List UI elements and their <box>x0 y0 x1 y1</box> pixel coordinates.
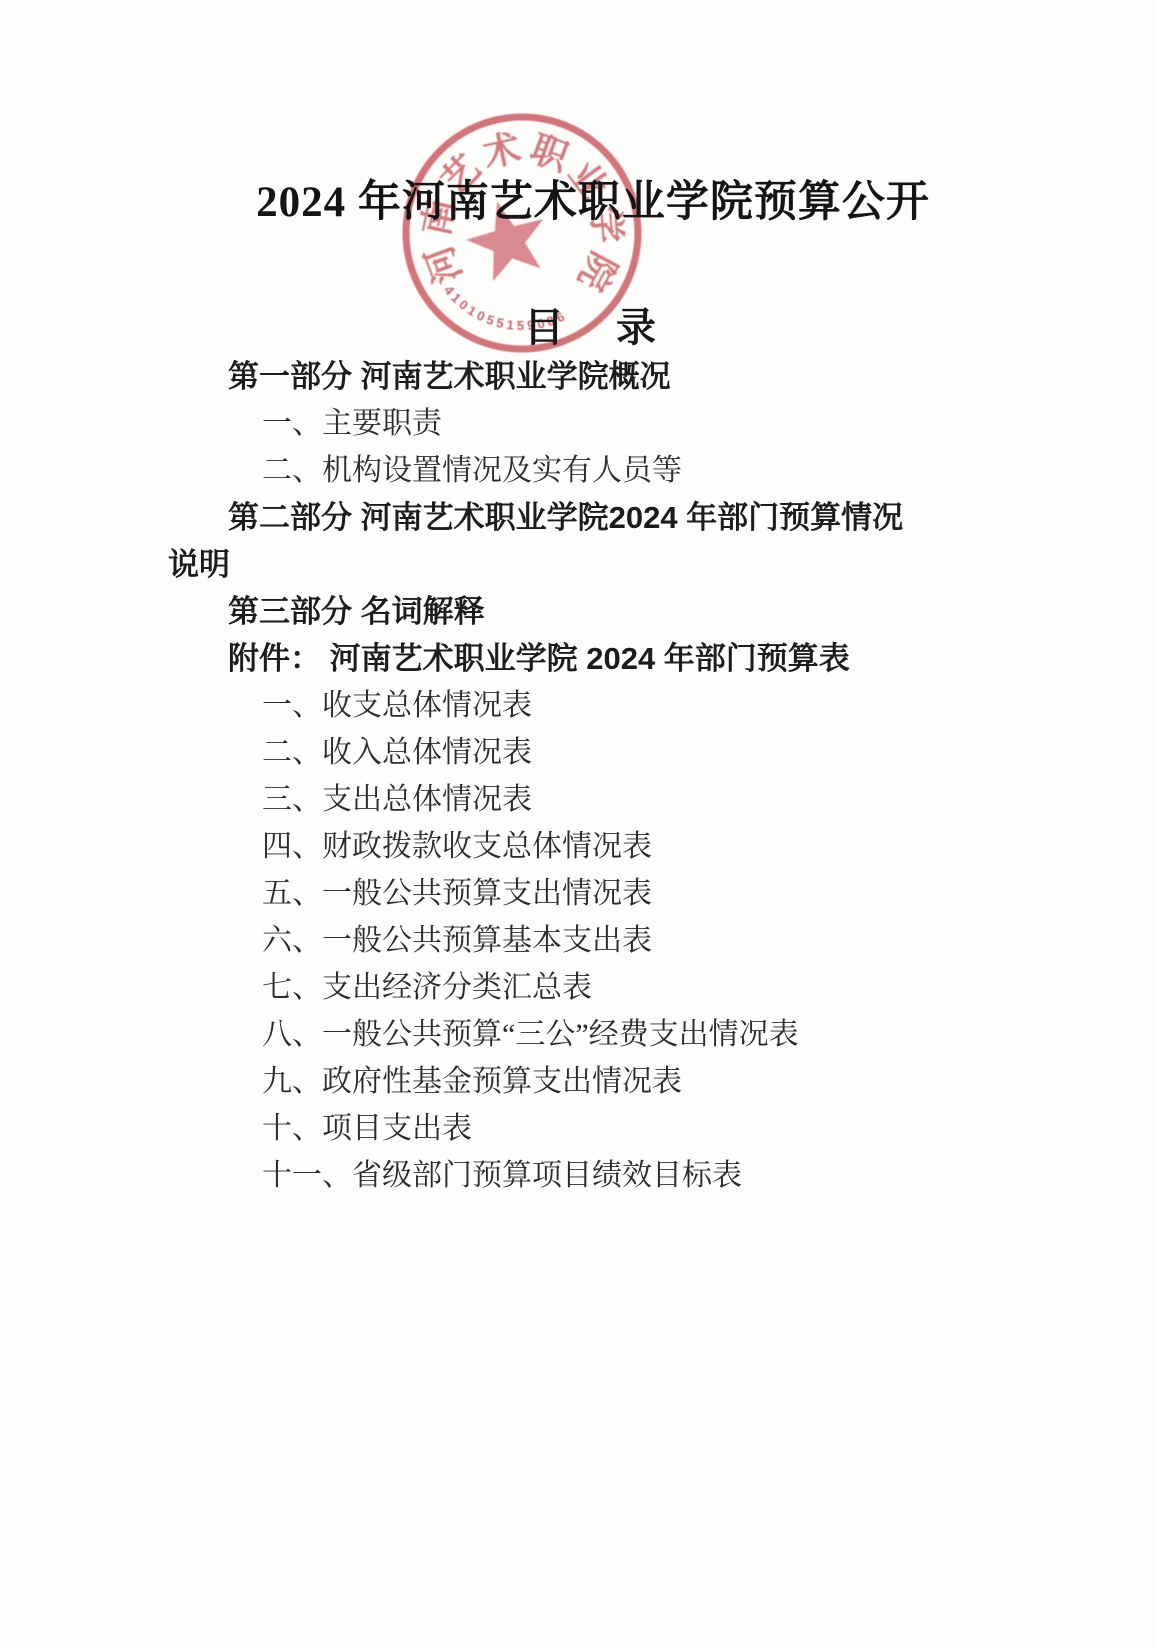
toc-entry-table2: 二、收入总体情况表 <box>168 729 1048 776</box>
document-page: 河南艺术职业学院 4101055159086 2024 年河南艺术职业学院预算公… <box>0 0 1156 1648</box>
toc-entry-table1: 一、收支总体情况表 <box>168 682 1048 729</box>
toc-entry-main-duties: 一、主要职责 <box>168 400 1048 447</box>
toc-entry-part2: 第二部分 河南艺术职业学院2024 年部门预算情况 <box>168 494 1048 541</box>
toc-entry-table8: 八、一般公共预算“三公”经费支出情况表 <box>168 1011 1048 1058</box>
toc-entry-table11: 十一、省级部门预算项目绩效目标表 <box>168 1152 1048 1199</box>
toc-heading: 目 录 <box>15 296 1156 353</box>
page-title: 2024 年河南艺术职业学院预算公开 <box>15 168 1156 229</box>
table-of-contents: 第一部分 河南艺术职业学院概况 一、主要职责 二、机构设置情况及实有人员等 第二… <box>168 353 1048 1199</box>
toc-entry-table10: 十、项目支出表 <box>168 1105 1048 1152</box>
toc-entry-table3: 三、支出总体情况表 <box>168 776 1048 823</box>
toc-entry-table6: 六、一般公共预算基本支出表 <box>168 917 1048 964</box>
toc-entry-part1: 第一部分 河南艺术职业学院概况 <box>168 353 1048 400</box>
toc-entry-table9: 九、政府性基金预算支出情况表 <box>168 1058 1048 1105</box>
toc-entry-attachment: 附件： 河南艺术职业学院 2024 年部门预算表 <box>168 635 1048 682</box>
toc-entry-table5: 五、一般公共预算支出情况表 <box>168 870 1048 917</box>
toc-entry-part3: 第三部分 名词解释 <box>168 588 1048 635</box>
toc-entry-part2-continuation: 说明 <box>168 541 1048 588</box>
toc-entry-table7: 七、支出经济分类汇总表 <box>168 964 1048 1011</box>
toc-entry-table4: 四、财政拨款收支总体情况表 <box>168 823 1048 870</box>
toc-entry-organization: 二、机构设置情况及实有人员等 <box>168 447 1048 494</box>
